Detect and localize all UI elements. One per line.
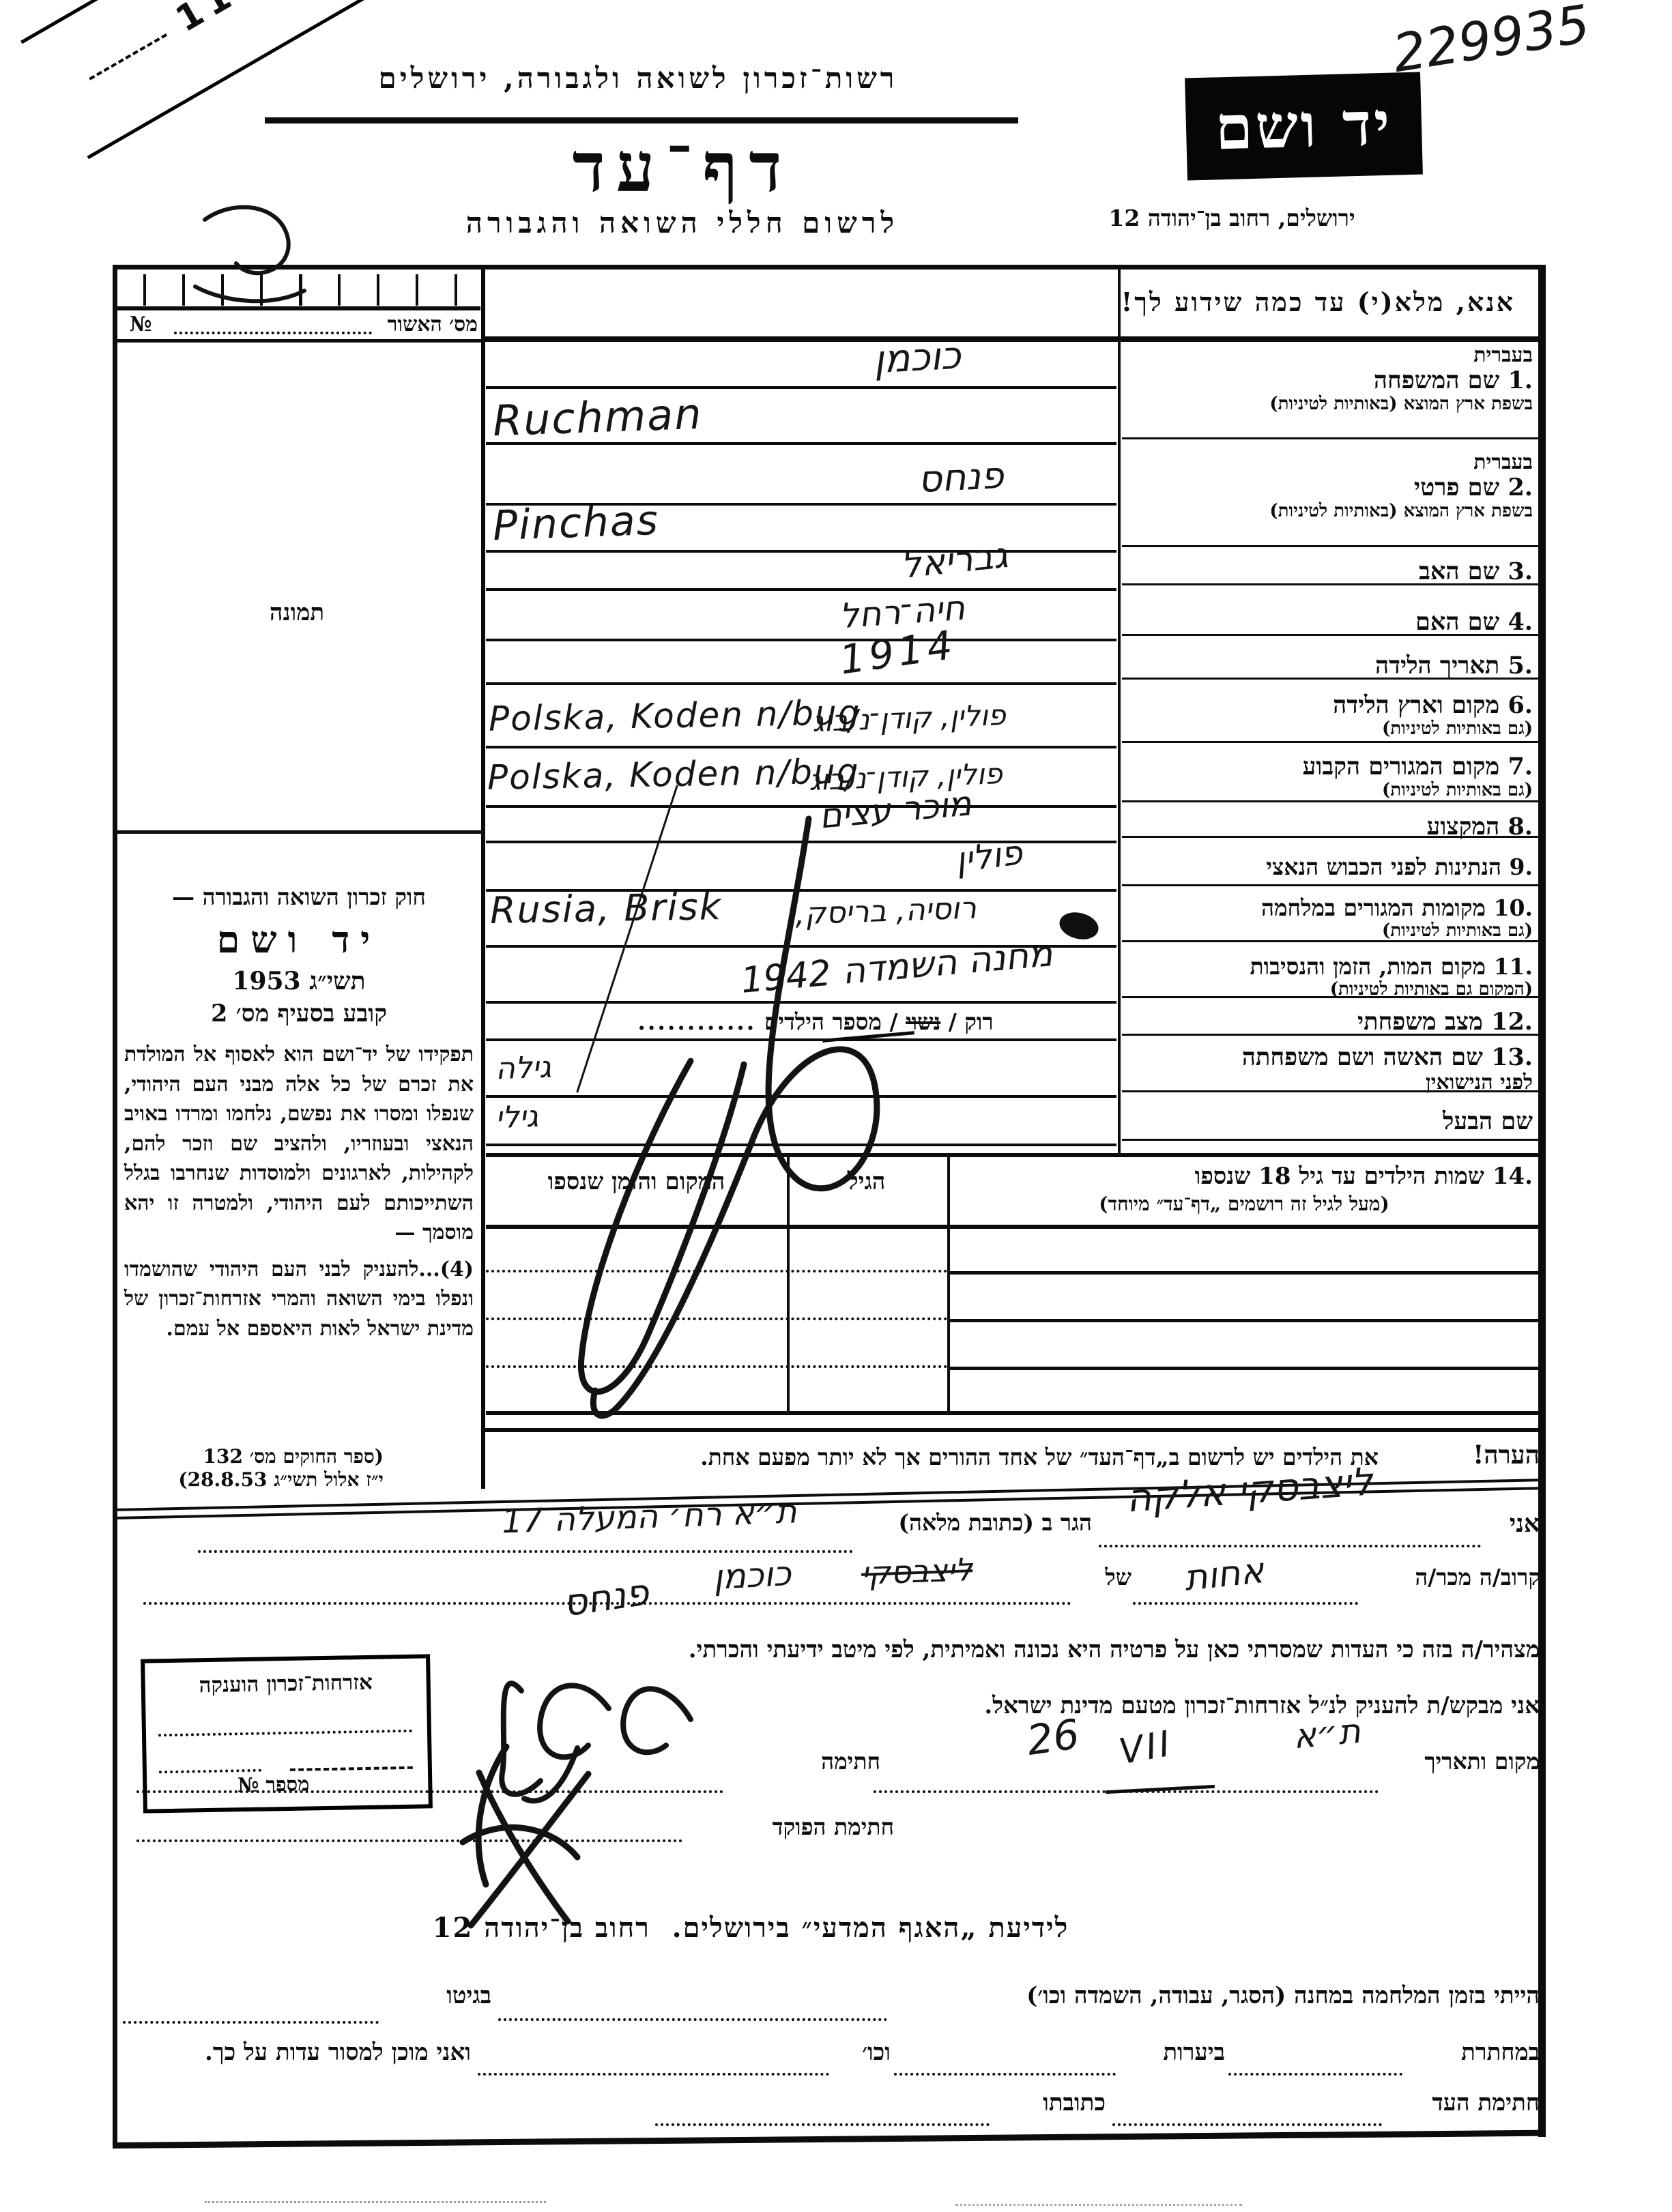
marital-options: רוק / נשוי / מספר הילדים ............: [566, 1008, 1065, 1036]
yad-vashem-logo-text: יד ושם: [1185, 72, 1423, 181]
fill-line-6: [486, 746, 1116, 748]
scan-noise-2: [955, 2204, 1242, 2206]
tick-2: [182, 274, 185, 306]
field-label-4: 4. שם האם: [1126, 609, 1533, 636]
citizenship-granted-number-label: מספר №: [159, 1772, 310, 1799]
photo-box-top: [113, 339, 485, 343]
field-4-title: שם האם: [1415, 608, 1499, 636]
hw-residence-latin: Polska, Koden n/bug: [487, 751, 860, 798]
label-sep-7: [1122, 800, 1540, 802]
field-label-3: 3. שם האב: [1126, 558, 1533, 585]
field-5-number: 5.: [1508, 652, 1533, 680]
hw-of-firstname: פנחס: [560, 1571, 651, 1625]
field-label-1: בעברית 1. שם המשפחה בשפת ארץ המוצא (באות…: [1126, 343, 1533, 414]
children-row-line-3a: [486, 1365, 947, 1368]
field-12-number: 12.: [1491, 1008, 1533, 1036]
field-6-sub: (גם באותיות לטיניות): [1126, 719, 1533, 739]
declaration-resides-label: הגר ב (כתובת מלאה): [856, 1509, 1092, 1537]
field-9-number: 9.: [1510, 854, 1533, 880]
hw-husband-name: גילי: [495, 1099, 539, 1135]
hw-date-month: VII: [1116, 1723, 1175, 1773]
fill-line-11: [486, 1001, 1116, 1004]
scan-noise-1: [205, 2201, 546, 2203]
notice-title-address: רחוב בן־יהודה 12: [433, 1912, 650, 1944]
tick-5: [299, 274, 302, 306]
field-9-title: הנתינות לפני הכבוש הנאצי: [1266, 854, 1501, 880]
field-12-title: מצב משפחתי: [1357, 1008, 1483, 1036]
yad-vashem-logo: יד ושם: [1185, 72, 1423, 181]
fill-line-7: [486, 805, 1116, 808]
citizenship-granted-line-3: [290, 1766, 413, 1771]
file-number-handwritten: 229935: [1389, 0, 1594, 84]
hw-birthplace-hebrew: פולין, קודן־נ/בוג: [811, 698, 1006, 738]
field-7-number: 7.: [1508, 753, 1533, 781]
field-2-sub: בשפת ארץ המוצא (באותיות לטיניות): [1126, 501, 1533, 521]
field-1-sub: בשפת ארץ המוצא (באותיות לטיניות): [1126, 394, 1533, 414]
label-sep-2: [1122, 545, 1540, 547]
children-row-line-2a: [486, 1318, 947, 1320]
field-10-sub: (גם באותיות לטיניות): [1126, 921, 1533, 941]
field-11-number: 11.: [1494, 954, 1533, 980]
declaration-relation-label: קרוב/ה מכר/ה: [1361, 1564, 1540, 1591]
fill-line-8: [486, 841, 1116, 843]
forests-line: [894, 2073, 1116, 2076]
approval-number-label: מס׳ האשור: [382, 312, 478, 336]
sidebar-divider: [481, 266, 485, 1489]
fill-line-12: [486, 1038, 1116, 1041]
approval-number-sign: №: [130, 312, 152, 336]
form-title: דף־עד: [471, 127, 894, 207]
etc-label: וכו׳: [836, 2039, 891, 2066]
fill-line-4: [486, 639, 1116, 641]
testimony-page: 112 רשות־זכרון לשואה ולגבורה, ירושלים דף…: [0, 0, 1672, 2212]
note-text: את הילדים יש לרשום ב„דף־העד״ של אחד ההור…: [396, 1444, 1379, 1471]
forests-label: ביערות: [1123, 2039, 1225, 2066]
field-2-number: 2.: [1508, 474, 1533, 501]
field-label-husband: שם הבעל: [1126, 1108, 1533, 1135]
place-date-label: מקום ותאריך: [1399, 1748, 1540, 1775]
law-title: חוק זכרון השואה והגבורה —: [124, 884, 474, 911]
hw-citizenship: פולין: [953, 832, 1024, 880]
approval-number-line: [174, 332, 372, 334]
citizenship-granted-box: אזרחות־זכרון הוענקה מספר №: [141, 1654, 433, 1813]
children-table-top: [486, 1153, 1540, 1157]
label-sep-1: [1122, 437, 1540, 439]
note-strip-top: [485, 1428, 1540, 1432]
field-6-number: 6.: [1508, 692, 1533, 719]
authority-rule: [265, 117, 1018, 123]
law-name: יד ושם: [124, 918, 474, 961]
witness-signature: [502, 1683, 691, 1801]
children-header-line1: 14. שמות הילדים עד גיל 18 שנספו: [955, 1163, 1533, 1190]
field-2-pre: בעברית: [1126, 450, 1533, 474]
hw-of-name-struck: ליצבסקי: [861, 1551, 973, 1592]
field-8-title: המקצוע: [1427, 813, 1500, 841]
field-13-label: 13. שם האשה ושם משפחתה: [1126, 1044, 1533, 1071]
law-body-2: (4)...להעניק לבני העם היהודי שהושמדו ונפ…: [124, 1255, 474, 1344]
field-label-2: בעברית 2. שם פרטי בשפת ארץ המוצא (באותיו…: [1126, 450, 1533, 521]
option-single: רוק /: [949, 1008, 994, 1035]
children-col-place: המקום והזמן שנספו: [491, 1168, 781, 1195]
label-sep-9: [1122, 884, 1540, 886]
field-label-10: 10. מקומות המגורים במלחמה (גם באותיות לט…: [1126, 895, 1533, 941]
hw-surname-hebrew: כוכמן: [872, 334, 962, 383]
children-col-divider-2: [947, 1153, 950, 1411]
frame-bottom: [113, 2130, 1546, 2149]
field-2-title: שם פרטי: [1414, 474, 1499, 501]
field-7-label: 7. מקום המגורים הקבוע: [1126, 753, 1533, 781]
citizenship-granted-line-1: [158, 1730, 412, 1736]
logo-address: ירושלים, רחוב בן־יהודה 12: [1082, 205, 1382, 232]
field-1-number: 1.: [1508, 367, 1533, 394]
field-11-label: 11. מקום המות, הזמן והנסיבות: [1126, 954, 1533, 980]
notice-title-text: לידיעת „האגף המדעי״ בירושלים.: [672, 1912, 1069, 1944]
frame-top: [113, 265, 1546, 270]
field-label-6: 6. מקום וארץ הלידה (גם באותיות לטיניות): [1126, 692, 1533, 739]
form-subtitle: לרשום חללי השואה והגבורה: [341, 206, 1024, 240]
husband-title: שם הבעל: [1126, 1108, 1533, 1135]
declaration-of-label: של: [1080, 1564, 1132, 1591]
law-year: תשי״ג 1953: [124, 967, 474, 995]
hw-relation: אחות: [1182, 1550, 1266, 1599]
stamp-number: 112: [169, 0, 272, 40]
underground-line: [1228, 2073, 1402, 2076]
note-label: הערה!: [1392, 1440, 1540, 1470]
children-row-line-1a: [486, 1270, 947, 1272]
signature-label: חתימה: [764, 1748, 880, 1775]
law-block: חוק זכרון השואה והגבורה — יד ושם תשי״ג 1…: [124, 884, 474, 1343]
ready-label: ואני מוכן למסור עדות על כך.: [123, 2039, 471, 2066]
field-10-label: 10. מקומות המגורים במלחמה: [1126, 895, 1533, 921]
declaration-name-line: [1099, 1545, 1481, 1547]
children-header: 14. שמות הילדים עד גיל 18 שנספו (מעל לגי…: [955, 1163, 1533, 1216]
declaration-address-line: [198, 1550, 853, 1553]
fill-line-5: [486, 682, 1116, 685]
field-label-7: 7. מקום המגורים הקבוע (גם באותיות לטיניו…: [1126, 753, 1533, 800]
fill-line-1-hebrew: [486, 386, 1116, 389]
underground-label: במחתרת: [1410, 2039, 1540, 2066]
field-5-title: תאריך הלידה: [1375, 652, 1499, 680]
notice-title: לידיעת „האגף המדעי״ בירושלים. רחוב בן־יה…: [307, 1912, 1194, 1944]
hw-date-day: 26: [1024, 1711, 1082, 1765]
ink-blob: [1056, 909, 1101, 944]
hw-death-place-time: מחנה השמדה 1942: [739, 933, 1054, 1002]
children-row-line-3b: [950, 1367, 1540, 1370]
tick-9: [455, 274, 457, 306]
label-sep-husband: [1122, 1139, 1540, 1141]
field-label-5: 5. תאריך הלידה: [1126, 652, 1533, 680]
clerk-signature-label: חתימת הפוקד: [703, 1814, 894, 1841]
field-2-label: 2. שם פרטי: [1126, 474, 1533, 501]
field-3-number: 3.: [1508, 558, 1533, 585]
stamp-scribble: [195, 207, 304, 302]
children-table-bottom: [486, 1411, 1540, 1415]
field-6-label: 6. מקום וארץ הלידה: [1126, 692, 1533, 719]
field-4-number: 4.: [1508, 609, 1533, 636]
law-reference: (ספר החוקים מס׳ 132 י״ז אלול תשי״ג 28.8.…: [124, 1445, 384, 1491]
photo-placeholder-label: תמונה: [113, 599, 481, 626]
camps-line: [498, 2018, 887, 2021]
law-reference-2: י״ז אלול תשי״ג 28.8.53): [124, 1468, 384, 1491]
field-11-sub: (המקום גם באותיות לטיניות): [1126, 980, 1533, 1000]
declaration-i-label: אני: [1481, 1509, 1540, 1538]
camps-label: הייתי בזמן המלחמה במחנה (הסגר, עבודה, הש…: [812, 1982, 1540, 2009]
field-1-label: 1. שם המשפחה: [1126, 367, 1533, 394]
tick-baseline: [117, 306, 480, 310]
fill-line-2-latin: [486, 550, 1116, 553]
children-col-age: הגיל: [790, 1168, 943, 1195]
tick-1: [143, 274, 146, 306]
option-children-count: / מספר הילדים: [764, 1008, 898, 1035]
field-1-pre: בעברית: [1126, 343, 1533, 367]
field-13-title: שם האשה ושם משפחתה: [1242, 1043, 1483, 1071]
field-9-label: 9. הנתינות לפני הכבוש הנאצי: [1126, 854, 1533, 880]
tick-8: [416, 274, 418, 306]
field-6-title: מקום וארץ הלידה: [1333, 691, 1499, 719]
children-number: 14.: [1493, 1163, 1533, 1190]
field-4-label: 4. שם האם: [1126, 609, 1533, 636]
witness-address-label: כתובתו: [996, 2089, 1106, 2116]
option-dots: ............: [637, 1008, 756, 1035]
field-7-sub: (גם באותיות לטיניות): [1126, 781, 1533, 800]
field-label-9: 9. הנתינות לפני הכבוש הנאצי: [1126, 854, 1533, 880]
children-row-line-1b: [950, 1271, 1540, 1275]
law-clause: קובע בסעיף מס׳ 2: [124, 1000, 474, 1028]
label-column-divider: [1118, 266, 1121, 1153]
field-8-number: 8.: [1508, 813, 1533, 841]
field-10-title: מקומות המגורים במלחמה: [1261, 894, 1486, 921]
signature-line: [136, 1790, 723, 1793]
stamp-dashes: [89, 33, 167, 80]
authority-title: רשות־זכרון לשואה ולגבורה, ירושלים: [259, 61, 1017, 96]
field-7-title: מקום המגורים הקבוע: [1303, 753, 1500, 781]
instruction: אנא, מלא(י) עד כמה שידוע לך!: [491, 287, 1515, 318]
hw-firstname-hebrew: פנחס: [917, 454, 1005, 501]
hw-surname-latin: Ruchman: [492, 389, 704, 446]
stray-pen-line: [577, 786, 677, 1092]
label-sep-6: [1122, 741, 1540, 743]
field-8-label: 8. המקצוע: [1126, 813, 1533, 841]
declaration-request: אני מבקש/ת להעניק לנ״ל אזרחות־זכרון מטעם…: [819, 1692, 1540, 1719]
field-3-title: שם האב: [1419, 557, 1499, 585]
fill-line-3: [486, 588, 1116, 591]
hw-place-city: ת״א: [1292, 1711, 1362, 1756]
field-5-label: 5. תאריך הלידה: [1126, 652, 1533, 680]
law-body: תפקידו של יד־ושם הוא לאסוף אל המולדת את …: [124, 1040, 474, 1248]
declaration-statement: מצהיר/ה בזה כי העדות שמסרתי כאן על פרטיה…: [225, 1636, 1540, 1663]
field-label-11: 11. מקום המות, הזמן והנסיבות (המקום גם ב…: [1126, 954, 1533, 1000]
citizenship-granted-title: אזרחות־זכרון הוענקה: [145, 1669, 427, 1698]
field-13-sub: לפני הנישואין: [1126, 1071, 1533, 1094]
children-row-line-2b: [950, 1319, 1540, 1322]
field-label-12: 12. מצב משפחתי: [1126, 1008, 1533, 1036]
hw-wife-name: גילה: [495, 1050, 551, 1087]
field-11-title: מקום המות, הזמן והנסיבות: [1250, 953, 1486, 980]
frame-left: [113, 265, 117, 2146]
hw-firstname-latin: Pinchas: [492, 497, 660, 550]
tick-7: [377, 274, 379, 306]
hw-father-name: גבריאל: [899, 535, 1009, 587]
tick-3: [221, 274, 224, 306]
etc-line: [478, 2073, 829, 2076]
field-3-label: 3. שם האב: [1126, 558, 1533, 585]
field-label-8: 8. המקצוע: [1126, 813, 1533, 841]
clerk-signature-line: [136, 1839, 682, 1842]
ghetto-line: [123, 2021, 379, 2024]
hw-of-surname: כוכמן: [712, 1554, 792, 1597]
fill-line-13: [486, 1095, 1116, 1098]
witness-signature-label: חתימת העד: [1392, 2089, 1540, 2116]
field-1-title: שם המשפחה: [1374, 366, 1499, 394]
field-10-number: 10.: [1494, 895, 1533, 921]
witness-address-line: [655, 2123, 990, 2126]
hw-birthplace-latin: Polska, Koden n/bug: [489, 693, 861, 739]
photo-box-bottom: [113, 830, 485, 834]
ghetto-label: בגיטו: [392, 1982, 491, 2009]
children-header-line2: (מעל לגיל זה רושמים „דף־עד״ מיוחד): [955, 1193, 1533, 1216]
law-reference-1: (ספר החוקים מס׳ 132: [124, 1445, 384, 1468]
hw-wartime-residence-latin: Rusia, Brisk: [489, 885, 722, 932]
tick-4: [260, 274, 263, 306]
clerk-signature: [463, 1747, 588, 1925]
children-title: שמות הילדים עד גיל 18 שנספו: [1195, 1163, 1484, 1190]
children-header-bottom: [486, 1225, 1540, 1229]
field-12-label: 12. מצב משפחתי: [1126, 1008, 1533, 1036]
declaration-relation-line: [1133, 1602, 1358, 1605]
hw-wartime-residence-hebrew: רוסיה, בריסק,: [794, 890, 977, 931]
field-label-13: 13. שם האשה ושם משפחתה לפני הנישואין: [1126, 1044, 1533, 1094]
field-13-number: 13.: [1491, 1044, 1533, 1071]
witness-signature-line: [1112, 2123, 1382, 2126]
tick-6: [338, 274, 341, 306]
instruction-bottom-rule: [485, 336, 1540, 342]
fill-line-husband: [486, 1144, 1116, 1146]
